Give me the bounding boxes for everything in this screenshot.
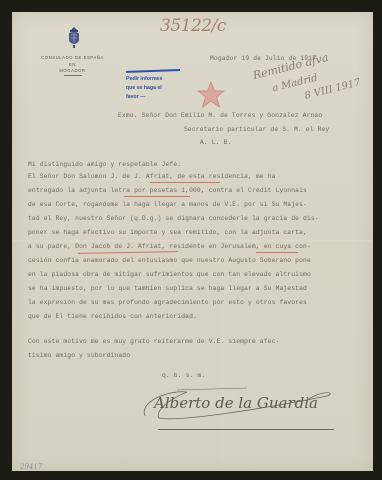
signature: Alberto de la Guardia: [154, 394, 318, 412]
stamp-rule: [126, 69, 180, 73]
archive-number: 35122/c: [160, 16, 226, 36]
body-line-8: en la piadosa obra de mitigar sufrimient…: [28, 271, 311, 278]
bottom-catalog-note: 29417: [20, 463, 42, 471]
addressee-title: Secretario particular de S. M. el Rey: [184, 126, 329, 133]
red-star-stamp-icon: [196, 80, 226, 110]
body-line-2: entregado la adjunta letra por pesetas 1…: [28, 187, 307, 194]
stamp-line-2: que se haga el: [126, 85, 162, 91]
body-line-7: cesión confia enamorado del entusiasmo q…: [28, 257, 311, 264]
letterhead-line2: EN: [30, 62, 115, 67]
stamp-line-1: Pedir informes: [126, 76, 162, 82]
paper-fold: [12, 240, 373, 242]
body-line-9: se ha impuesto, por lo que tambien supli…: [28, 285, 307, 292]
body-line-6: a su padre, Don Jacob de J. Afriat, resi…: [28, 243, 311, 250]
body-line-3: de esa Corte, rogandome la haga llegar a…: [28, 201, 307, 208]
coat-of-arms-icon: [67, 27, 81, 49]
body-line-4: tad el Rey, nuestro Señor (q.D.g.) se di…: [28, 215, 319, 222]
closing-line-1: Con este motivo me es muy grato reiterar…: [28, 338, 279, 345]
blue-ink-stamp: Pedir informes que se haga el favor —: [126, 69, 184, 105]
letterhead-line1: CONSULADO DE ESPAÑA: [30, 55, 115, 60]
stamp-line-3: favor —: [126, 94, 145, 100]
red-underline-jerusalem: [256, 252, 298, 253]
letter-page: 35122/c CONSULADO DE ESPAÑA EN MOGADOR P…: [12, 12, 373, 471]
signature-rule: [158, 429, 334, 430]
closing-line-2: tisimo amigo y subordinado: [28, 352, 130, 359]
body-line-5: poner se haga efectivo su importe y sea …: [28, 229, 307, 236]
body-line-1: El Señor Don Salomon J. de J. Afriat, de…: [28, 173, 276, 180]
body-line-11: que de El tiene recibidos con anteriorid…: [28, 313, 197, 320]
letterhead-line3: MOGADOR: [30, 68, 115, 73]
addressee-abbrev: A. L. B.: [200, 139, 231, 146]
letterhead-rule: [64, 75, 82, 76]
red-underline-salomon: [150, 182, 220, 183]
body-line-10: la expresión de su mas profundo agradeci…: [28, 299, 307, 306]
closing-abbrev: q. b. s. m.: [162, 372, 205, 379]
red-underline-jacob: [78, 251, 178, 254]
red-underline-pesetas: [124, 196, 190, 197]
salutation: Mi distinguido amigo y respetable Jefe:: [28, 161, 181, 168]
addressee-name: Exmo. Señor Don Emilio M. de Torres y Go…: [118, 112, 322, 119]
